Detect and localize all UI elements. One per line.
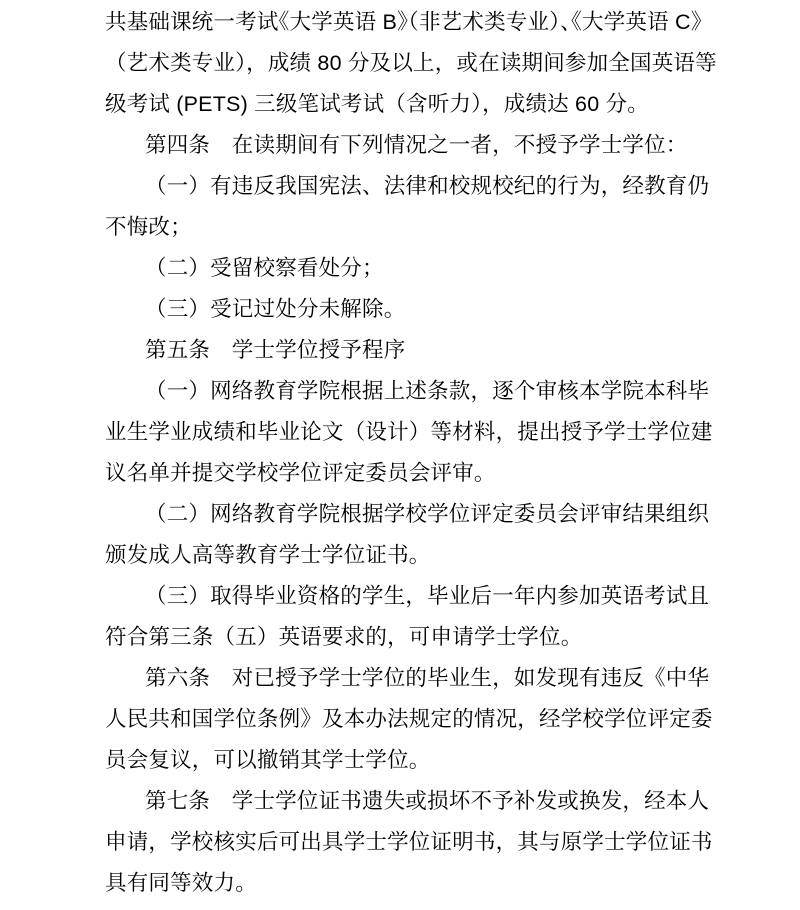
text-line: 级考试 (PETS) 三级笔试考试（含听力），成绩达 60 分。 [105,84,795,125]
document-page: 共基础课统一考试《大学英语 B》（非艺术类专业）、《大学英语 C》（艺术类专业）… [0,0,800,910]
text-line: 第七条 学士学位证书遗失或损坏不予补发或换发，经本人 [105,781,795,822]
text-line: （二）受留校察看处分； [105,248,795,289]
text-line: 符合第三条（五）英语要求的，可申请学士学位。 [105,617,795,658]
text-line: （三）取得毕业资格的学生，毕业后一年内参加英语考试且 [105,576,795,617]
text-line: 员会复议，可以撤销其学士学位。 [105,740,795,781]
text-line: 第四条 在读期间有下列情况之一者，不授予学士学位： [105,125,795,166]
text-line: （三）受记过处分未解除。 [105,289,795,330]
text-line: （一）有违反我国宪法、法律和校规校纪的行为，经教育仍 [105,166,795,207]
text-line: 第六条 对已授予学士学位的毕业生，如发现有违反《中华 [105,658,795,699]
text-line: （二）网络教育学院根据学校学位评定委员会评审结果组织 [105,494,795,535]
text-line: 颁发成人高等教育学士学位证书。 [105,535,795,576]
text-line: 业生学业成绩和毕业论文（设计）等材料，提出授予学士学位建 [105,412,795,453]
text-line: 议名单并提交学校学位评定委员会评审。 [105,453,795,494]
document-text-block: 共基础课统一考试《大学英语 B》（非艺术类专业）、《大学英语 C》（艺术类专业）… [0,0,795,904]
text-line: 不悔改； [105,207,795,248]
text-line: 具有同等效力。 [105,863,795,904]
text-line: 人民共和国学位条例》及本办法规定的情况，经学校学位评定委 [105,699,795,740]
text-line: 共基础课统一考试《大学英语 B》（非艺术类专业）、《大学英语 C》 [105,2,795,43]
text-line: 第五条 学士学位授予程序 [105,330,795,371]
text-line: 申请，学校核实后可出具学士学位证明书，其与原学士学位证书 [105,822,795,863]
text-line: （艺术类专业），成绩 80 分及以上，或在读期间参加全国英语等 [105,43,795,84]
text-line: （一）网络教育学院根据上述条款，逐个审核本学院本科毕 [105,371,795,412]
